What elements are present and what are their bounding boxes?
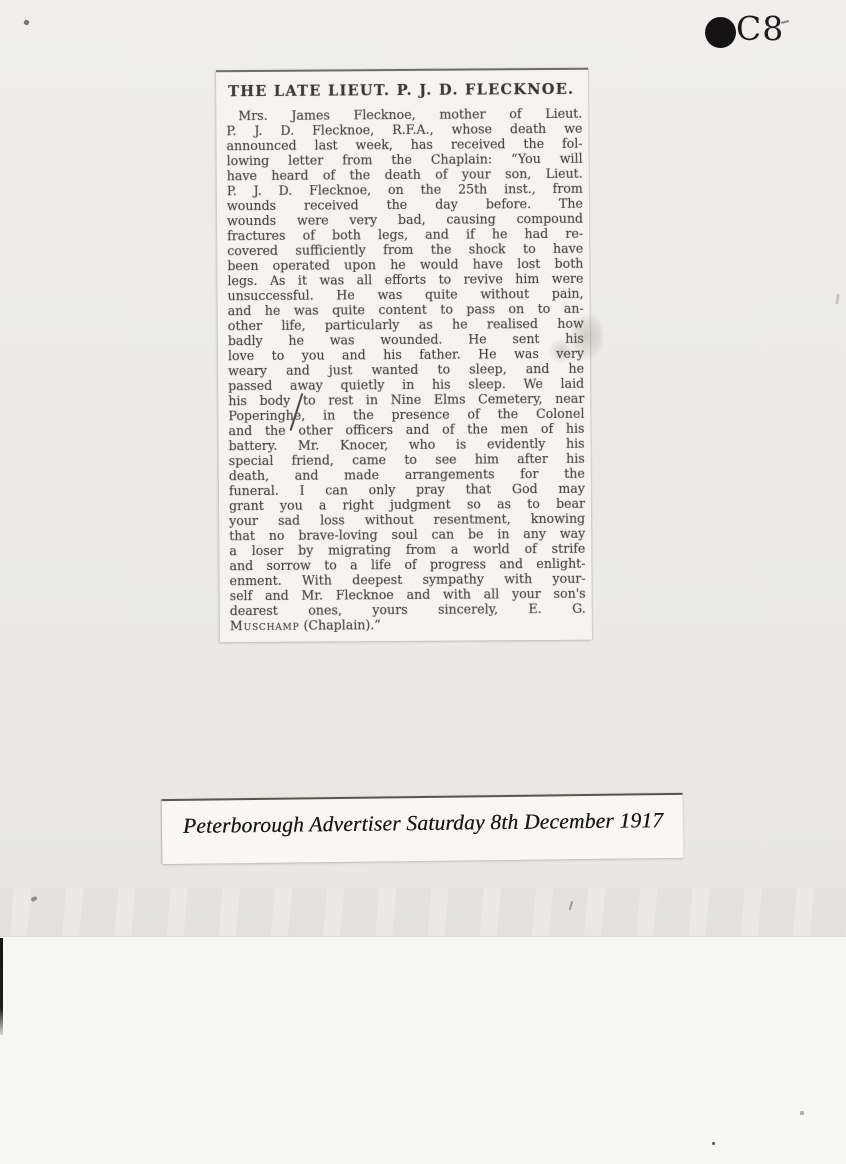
- signature-name: Muschamp: [230, 618, 300, 633]
- scan-edge-artifact: [0, 938, 3, 1035]
- scan-speck: [800, 1111, 804, 1115]
- scan-speck: [712, 1142, 715, 1145]
- ink-smudge: [570, 314, 604, 360]
- ink-smudge-small: [548, 338, 574, 364]
- clipping-signature-line: Muschamp (Chaplain).”: [230, 616, 586, 633]
- caption-text: Peterborough Advertiser Saturday 8th Dec…: [162, 795, 683, 839]
- page-code-label: C8: [736, 9, 784, 48]
- clipping-body: Mrs. James Flecknoe, mother of Lieut.P. …: [226, 106, 586, 618]
- black-dot-marker: [705, 17, 736, 48]
- scan-texture-band: [0, 888, 846, 936]
- signature-rest: (Chaplain).”: [299, 617, 380, 633]
- caption-strip: Peterborough Advertiser Saturday 8th Dec…: [162, 793, 684, 864]
- clipping-headline: THE LATE LIEUT. P. J. D. FLECKNOE.: [228, 81, 582, 100]
- clipping-text-line: dearest ones, yours sincerely, E. G.: [230, 601, 586, 618]
- clipping-content: THE LATE LIEUT. P. J. D. FLECKNOE. Mrs. …: [216, 70, 592, 634]
- scanned-page-lower-area: [0, 936, 846, 1164]
- newspaper-clipping: THE LATE LIEUT. P. J. D. FLECKNOE. Mrs. …: [216, 68, 592, 643]
